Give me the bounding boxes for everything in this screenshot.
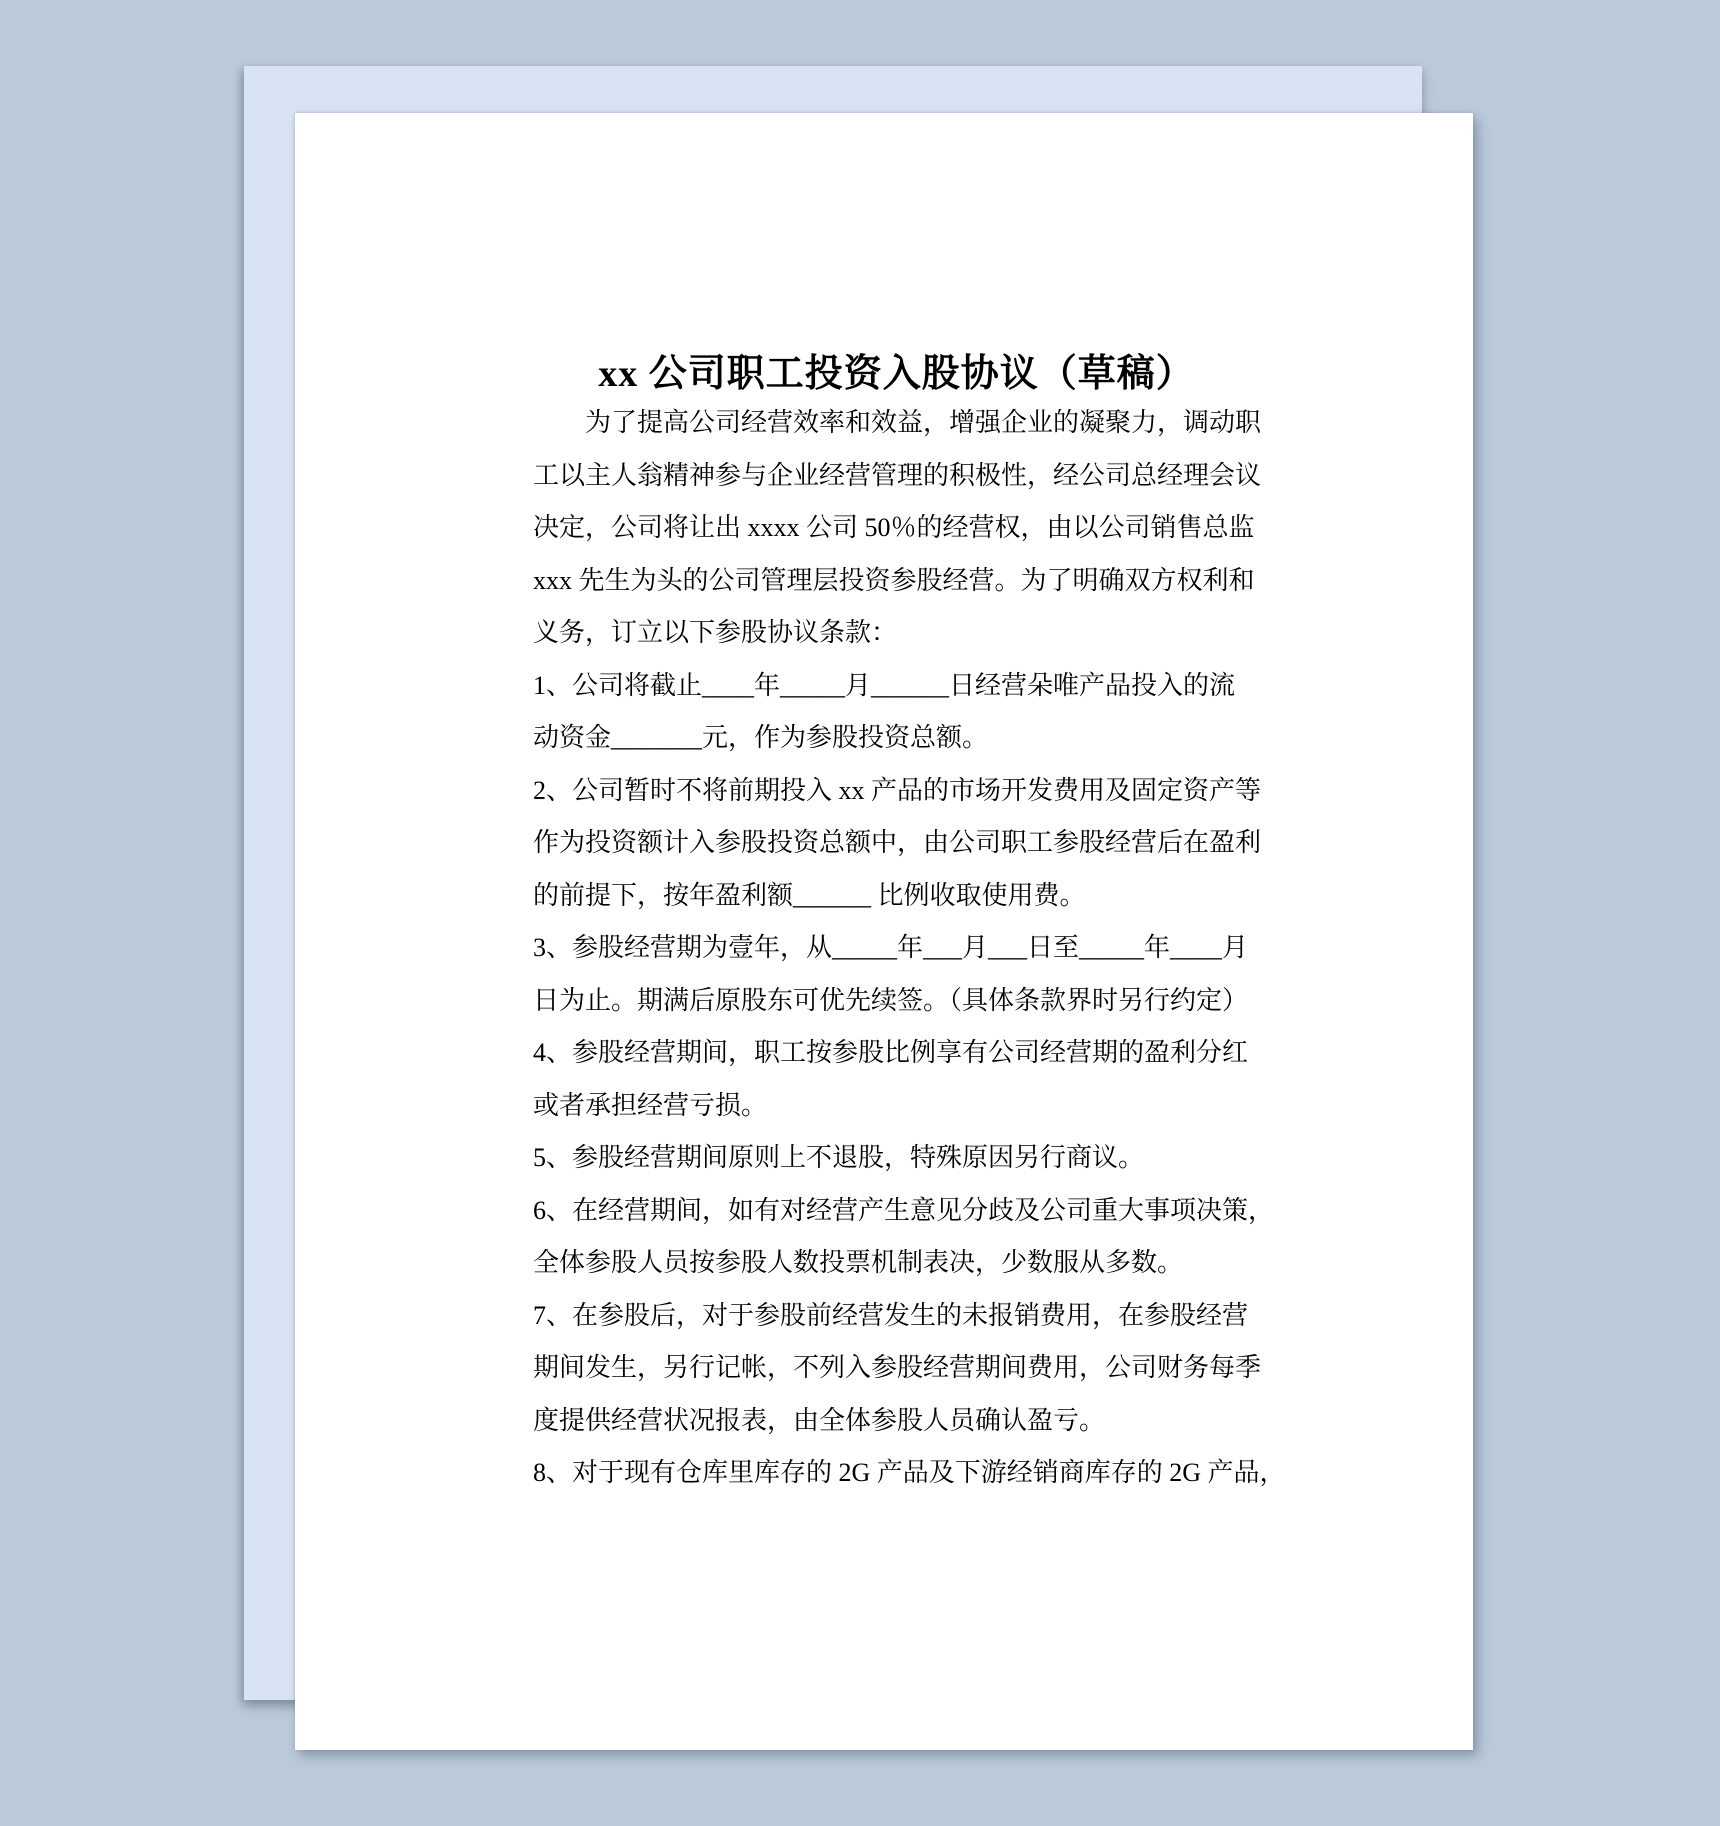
document-line: 期间发生，另行记帐，不列入参股经营期间费用，公司财务每季 [533, 1342, 1260, 1395]
document-line: 动资金_______元，作为参股投资总额。 [533, 712, 1260, 765]
document-line: 2、公司暂时不将前期投入 xx 产品的市场开发费用及固定资产等 [533, 765, 1260, 818]
document-line: xxx 先生为头的公司管理层投资参股经营。为了明确双方权利和 [533, 555, 1260, 608]
document-line: 或者承担经营亏损。 [533, 1080, 1260, 1133]
document-line: 4、参股经营期间，职工按参股比例享有公司经营期的盈利分红 [533, 1027, 1260, 1080]
document-body: 为了提高公司经营效率和效益，增强企业的凝聚力，调动职工以主人翁精神参与企业经营管… [533, 397, 1260, 1500]
document-content: xx 公司职工投资入股协议（草稿） 为了提高公司经营效率和效益，增强企业的凝聚力… [533, 352, 1260, 1500]
document-line: 1、公司将截止____年_____月______日经营朵唯产品投入的流 [533, 660, 1260, 713]
document-line: 全体参股人员按参股人数投票机制表决，少数服从多数。 [533, 1237, 1260, 1290]
document-line: 的前提下，按年盈利额______ 比例收取使用费。 [533, 870, 1260, 923]
document-line: 工以主人翁精神参与企业经营管理的积极性，经公司总经理会议 [533, 450, 1260, 503]
document-line: 决定，公司将让出 xxxx 公司 50％的经营权，由以公司销售总监 [533, 502, 1260, 555]
document-title: xx 公司职工投资入股协议（草稿） [533, 352, 1260, 396]
document-line: 6、在经营期间，如有对经营产生意见分歧及公司重大事项决策， [533, 1185, 1260, 1238]
document-line: 日为止。期满后原股东可优先续签。（具体条款界时另行约定） [533, 975, 1260, 1028]
document-line: 作为投资额计入参股投资总额中，由公司职工参股经营后在盈利 [533, 817, 1260, 870]
document-line: 8、对于现有仓库里库存的 2G 产品及下游经销商库存的 2G 产品， [533, 1447, 1260, 1500]
document-line: 义务，订立以下参股协议条款： [533, 607, 1260, 660]
document-page: xx 公司职工投资入股协议（草稿） 为了提高公司经营效率和效益，增强企业的凝聚力… [295, 113, 1473, 1750]
document-line: 为了提高公司经营效率和效益，增强企业的凝聚力，调动职 [533, 397, 1260, 450]
desktop-background: xx 公司职工投资入股协议（草稿） 为了提高公司经营效率和效益，增强企业的凝聚力… [0, 0, 1720, 1826]
document-line: 5、参股经营期间原则上不退股，特殊原因另行商议。 [533, 1132, 1260, 1185]
document-line: 度提供经营状况报表，由全体参股人员确认盈亏。 [533, 1395, 1260, 1448]
document-line: 3、参股经营期为壹年，从_____年___月___日至_____年____月 [533, 922, 1260, 975]
document-line: 7、在参股后，对于参股前经营发生的未报销费用，在参股经营 [533, 1290, 1260, 1343]
